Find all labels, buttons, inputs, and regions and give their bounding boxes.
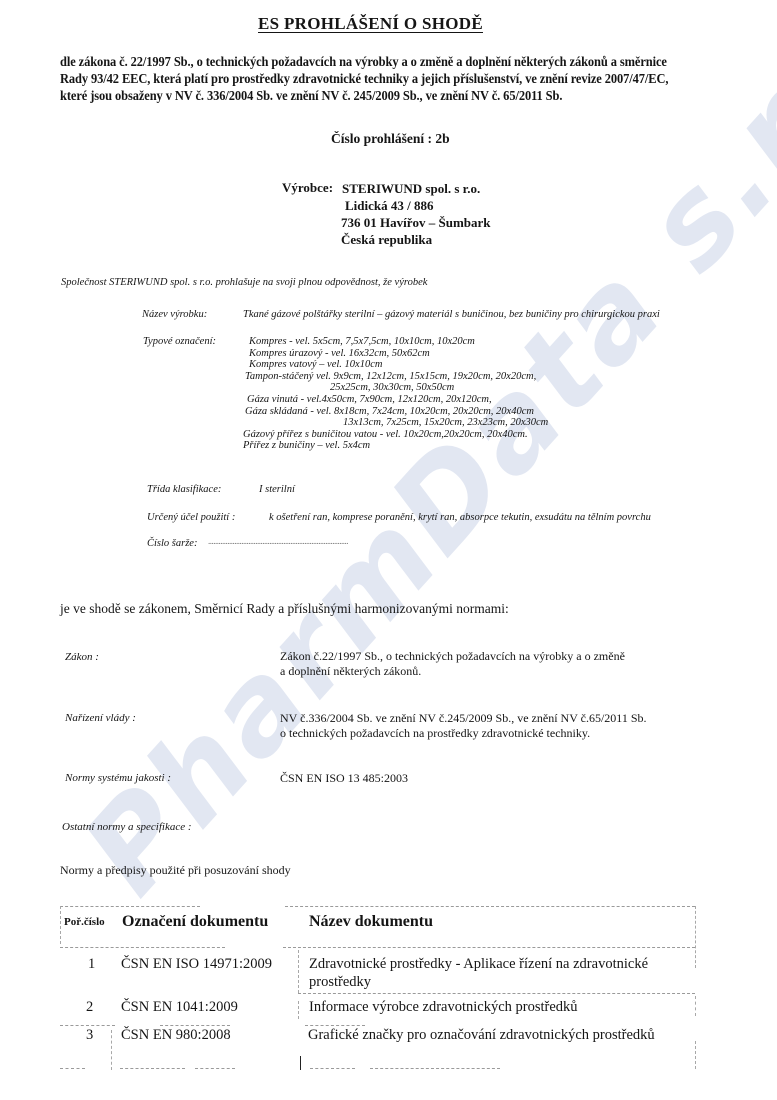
row-3-code: ČSN EN 980:2008 [121, 1027, 231, 1044]
type-item: 13x13cm, 7x25cm, 15x20cm, 23x23cm, 20x30… [247, 417, 548, 429]
row-2-code: ČSN EN 1041:2009 [121, 999, 238, 1016]
class-label: Třída klasifikace: [147, 484, 221, 495]
batch-label: Číslo šarže: [147, 538, 197, 549]
row-1-number: 1 [88, 956, 95, 973]
purpose-value: k ošetření ran, komprese poranění, krytí… [269, 512, 651, 523]
manufacturer-city: 736 01 Havířov – Šumbark [341, 214, 491, 231]
row-1-name-cont: prostředky [309, 974, 371, 991]
row-2-number: 2 [86, 999, 93, 1016]
regulation-line: o technických požadavcích na prostředky … [280, 726, 647, 741]
class-value: I sterilní [259, 484, 295, 495]
row-3-name: Grafické značky pro označování zdravotni… [308, 1027, 655, 1044]
preamble-line: které jsou obsaženy v NV č. 336/2004 Sb.… [60, 87, 674, 104]
manufacturer-address: STERIWUND spol. s r.o. Lidická 43 / 886 … [342, 180, 491, 248]
type-item: Gáza skládaná - vel. 8x18cm, 7x24cm, 10x… [245, 406, 548, 418]
type-item: Kompres vatový – vel. 10x10cm [247, 359, 548, 371]
type-item: Gázový přířez s buničitou vatou - vel. 1… [243, 429, 548, 441]
preamble: dle zákona č. 22/1997 Sb., o technických… [60, 53, 674, 104]
type-item: 25x25cm, 30x30cm, 50x50cm [247, 382, 548, 394]
batch-value: ........................................… [208, 536, 348, 546]
row-1-code: ČSN EN ISO 14971:2009 [121, 956, 272, 973]
header-order-number: Poř.číslo [64, 916, 105, 928]
conformity-statement: je ve shodě se zákonem, Směrnicí Rady a … [60, 601, 509, 617]
law-line: a doplnění některých zákonů. [280, 664, 625, 679]
regulation-value: NV č.336/2004 Sb. ve znění NV č.245/2009… [280, 711, 647, 741]
header-document-name: Název dokumentu [309, 913, 433, 931]
product-name-label: Název výrobku: [142, 309, 207, 320]
purpose-label: Určený účel použití : [147, 512, 235, 523]
law-label: Zákon : [65, 651, 99, 663]
type-item: Tampon-stáčený vel. 9x9cm, 12x12cm, 15x1… [245, 371, 548, 383]
row-2-name: Informace výrobce zdravotnických prostře… [309, 999, 578, 1016]
type-list: Kompres - vel. 5x5cm, 7,5x7,5cm, 10x10cm… [247, 336, 548, 452]
law-value: Zákon č.22/1997 Sb., o technických požad… [280, 649, 625, 679]
regulation-line: NV č.336/2004 Sb. ve znění NV č.245/2009… [280, 711, 647, 726]
law-line: Zákon č.22/1997 Sb., o technických požad… [280, 649, 625, 664]
preamble-line: dle zákona č. 22/1997 Sb., o technických… [60, 53, 674, 70]
row-1-name: Zdravotnické prostředky - Aplikace řízen… [309, 956, 648, 973]
quality-norms-label: Normy systému jakosti : [65, 772, 171, 784]
header-document-code: Označení dokumentu [122, 913, 268, 931]
manufacturer-street: Lidická 43 / 886 [342, 197, 491, 214]
type-item: Gáza vinutá - vel.4x50cm, 7x90cm, 12x120… [247, 394, 548, 406]
type-item: Kompres úrazový - vel. 16x32cm, 50x62cm [247, 348, 548, 360]
product-name-value: Tkané gázové polštářky sterilní – gázový… [243, 309, 660, 320]
document-page: ES PROHLÁŠENÍ O SHODĚ dle zákona č. 22/1… [0, 0, 777, 1100]
document-title: ES PROHLÁŠENÍ O SHODĚ [258, 14, 483, 34]
manufacturer-name: STERIWUND spol. s r.o. [342, 180, 491, 197]
preamble-line: Rady 93/42 EEC, která platí pro prostřed… [60, 70, 674, 87]
quality-norms-value: ČSN EN ISO 13 485:2003 [280, 771, 408, 786]
manufacturer-country: Česká republika [341, 231, 491, 248]
other-norms-label: Ostatní normy a specifikace : [62, 821, 192, 833]
type-item: Kompres - vel. 5x5cm, 7,5x7,5cm, 10x10cm… [247, 336, 548, 348]
declaration-number: Číslo prohlášení : 2b [331, 131, 450, 147]
norms-heading: Normy a předpisy použité při posuzování … [60, 863, 291, 878]
type-label: Typové označení: [143, 336, 216, 347]
type-item: Přířez z buničiny – vel. 5x4cm [243, 440, 548, 452]
row-3-number: 3 [86, 1027, 93, 1044]
company-statement: Společnost STERIWUND spol. s r.o. prohla… [61, 277, 427, 288]
regulation-label: Nařízení vlády : [65, 712, 136, 724]
manufacturer-label: Výrobce: [282, 180, 333, 196]
